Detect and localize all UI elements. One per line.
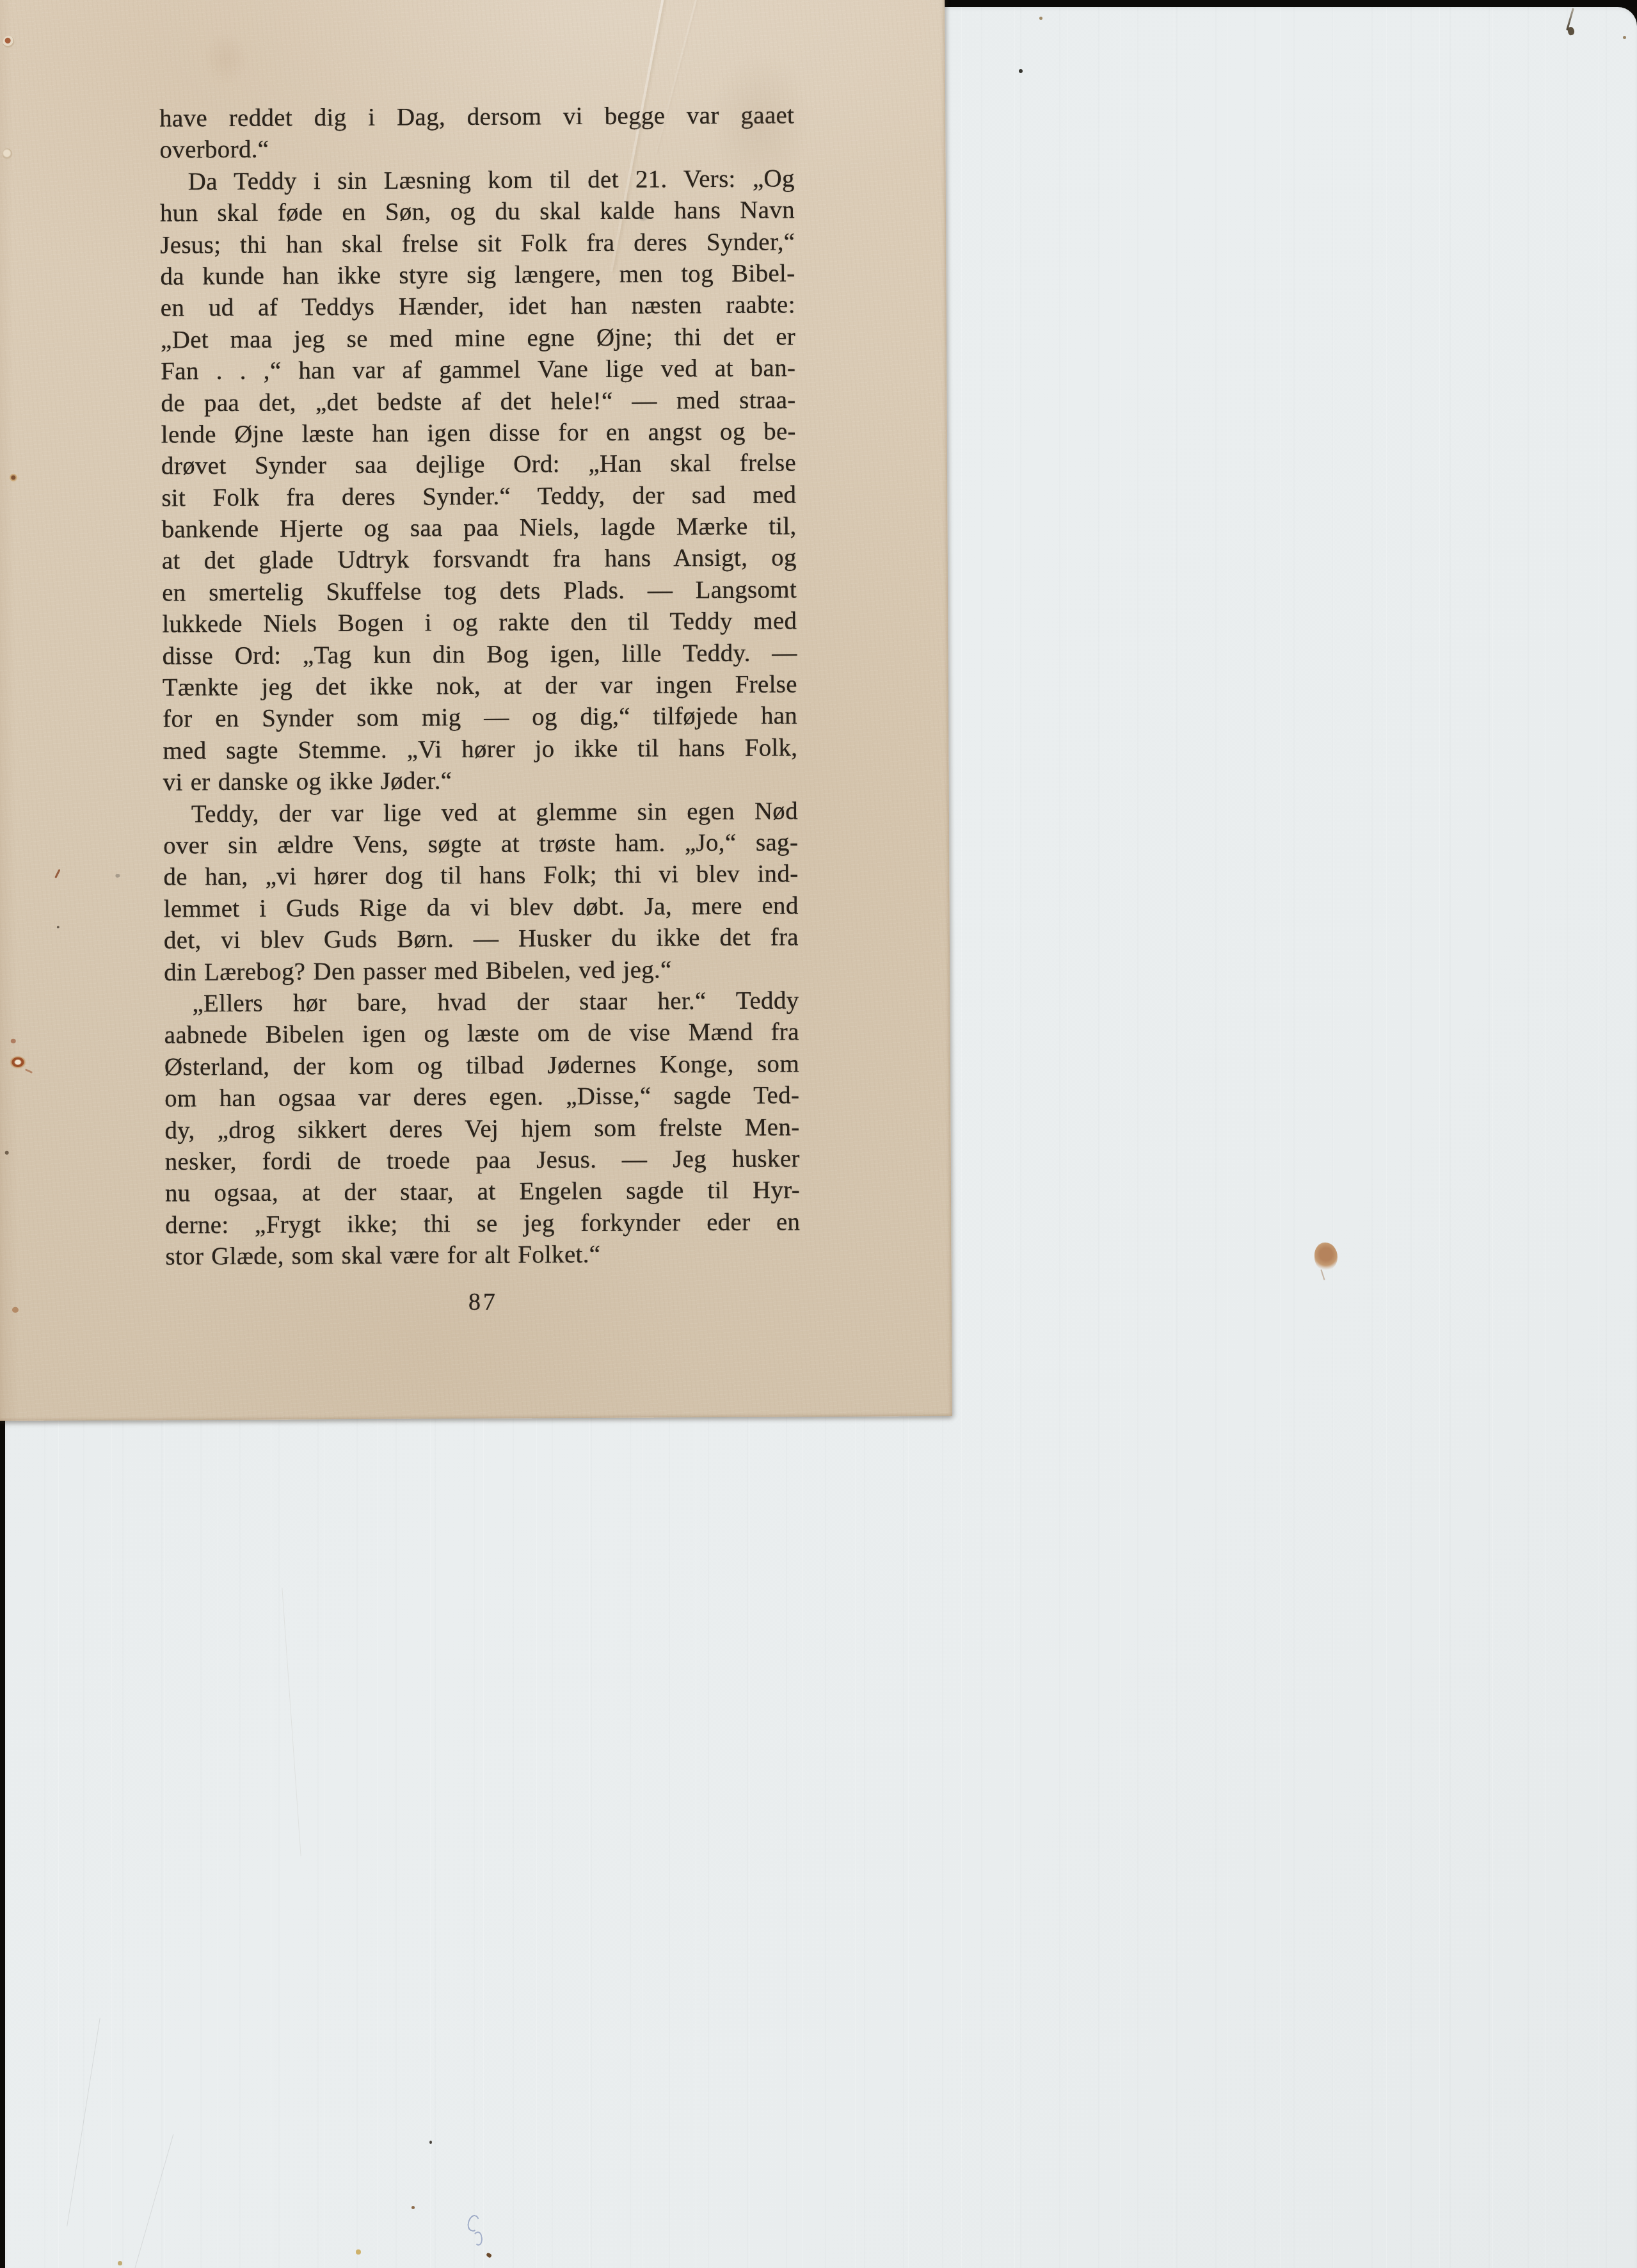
text-line: nesker, fordi de troede paa Jesus. — Jeg…: [165, 1143, 800, 1178]
text-line: over sin ældre Vens, søgte at trøste ham…: [163, 826, 798, 862]
text-line: det, vi blev Guds Børn. — Husker du ikke…: [164, 921, 799, 956]
speck: [11, 1039, 16, 1043]
scanner-edge-top: [936, 0, 1637, 7]
text-line: din Lærebog? Den passer med Bibelen, ved…: [164, 953, 799, 988]
binding-hole: [9, 474, 18, 483]
binding-hole: [3, 36, 15, 49]
text-line: lukkede Niels Bogen i og rakte den til T…: [162, 606, 797, 641]
text-line: bankende Hjerte og saa paa Niels, lagde …: [161, 510, 796, 545]
text-line: nu ogsaa, at der staar, at Engelen sagde…: [165, 1175, 800, 1210]
speck: [118, 2261, 122, 2265]
text-line: derne: „Frygt ikke; thi se jeg forkynder…: [165, 1206, 800, 1241]
speck: [1623, 36, 1626, 39]
text-line: Østerland, der kom og tilbad Jødernes Ko…: [164, 1048, 799, 1083]
text-line: for en Synder som mig — og dig,“ tilføje…: [163, 700, 797, 736]
text-line: Teddy, der var lige ved at glemme sin eg…: [163, 795, 798, 830]
text-line: de han, „vi hører dog til hans Folk; thi…: [163, 858, 798, 894]
page-text: have reddet dig i Dag, dersom vi begge v…: [159, 99, 801, 1273]
binding-hole-mark: [25, 1068, 33, 1074]
paper-crease-shadow: [689, 25, 831, 218]
text-line: med sagte Stemme. „Vi hører jo ikke til …: [163, 732, 797, 767]
paper-smudge: [193, 20, 258, 98]
text-line: de paa det, „det bedste af det hele!“ — …: [161, 384, 795, 419]
text-line: aabnede Bibelen igen og læste om de vise…: [164, 1017, 799, 1052]
text-line: disse Ord: „Tag kun din Bog igen, lille …: [162, 637, 797, 672]
text-line: Fan . . ,“ han var af gammel Vane lige v…: [161, 352, 795, 387]
text-line: lemmet i Guds Rige da vi blev døbt. Ja, …: [164, 890, 799, 925]
text-line: sit Folk fra deres Synder.“ Teddy, der s…: [161, 479, 796, 514]
text-line: en ud af Teddys Hænder, idet han næsten …: [161, 289, 795, 325]
pen-mark: [54, 869, 60, 879]
binding-hole: [10, 1056, 26, 1069]
speck: [429, 2141, 432, 2144]
binding-hole: [10, 997, 24, 1007]
speck: [57, 926, 60, 928]
text-line: vi er danske og ikke Jøder.“: [163, 764, 798, 799]
text-line: en smertelig Skuffelse tog dets Plads. —…: [162, 574, 797, 609]
scanned-page: have reddet dig i Dag, dersom vi begge v…: [0, 0, 952, 1421]
speck: [12, 1307, 19, 1313]
text-line: lende Øjne læste han igen disse for en a…: [161, 415, 796, 451]
text-line: stor Glæde, som skal være for alt Folket…: [165, 1237, 800, 1273]
text-line: da kunde han ikke styre sig længere, men…: [160, 257, 795, 293]
speck: [1039, 17, 1042, 20]
text-line: dy, „drog sikkert deres Vej hjem som fre…: [164, 1111, 799, 1146]
speck: [1019, 69, 1023, 73]
text-line: at det glade Udtryk forsvandt fra hans A…: [162, 542, 797, 577]
text-line: „Ellers hør bare, hvad der staar her.“ T…: [164, 985, 799, 1020]
text-line: „Det maa jeg se med mine egne Øjne; thi …: [161, 321, 795, 356]
speck: [411, 2206, 415, 2209]
speck: [5, 1151, 9, 1155]
text-line: om han ogsaa var deres egen. „Disse,“ sa…: [164, 1079, 799, 1114]
text-line: drøvet Synder saa dejlige Ord: „Han skal…: [161, 447, 796, 483]
paper-smudge: [639, 213, 648, 221]
text-line: Tænkte jeg det ikke nok, at der var inge…: [163, 668, 797, 704]
page-number: 87: [166, 1286, 801, 1317]
scanned-document: { "document": { "language": "Danish", "p…: [0, 0, 1637, 2268]
binding-hole: [2, 149, 12, 160]
speck: [356, 2249, 361, 2255]
stain: [1314, 1243, 1338, 1271]
text-line: Jesus; thi han skal frelse sit Folk fra …: [160, 226, 795, 261]
speck: [115, 874, 120, 878]
